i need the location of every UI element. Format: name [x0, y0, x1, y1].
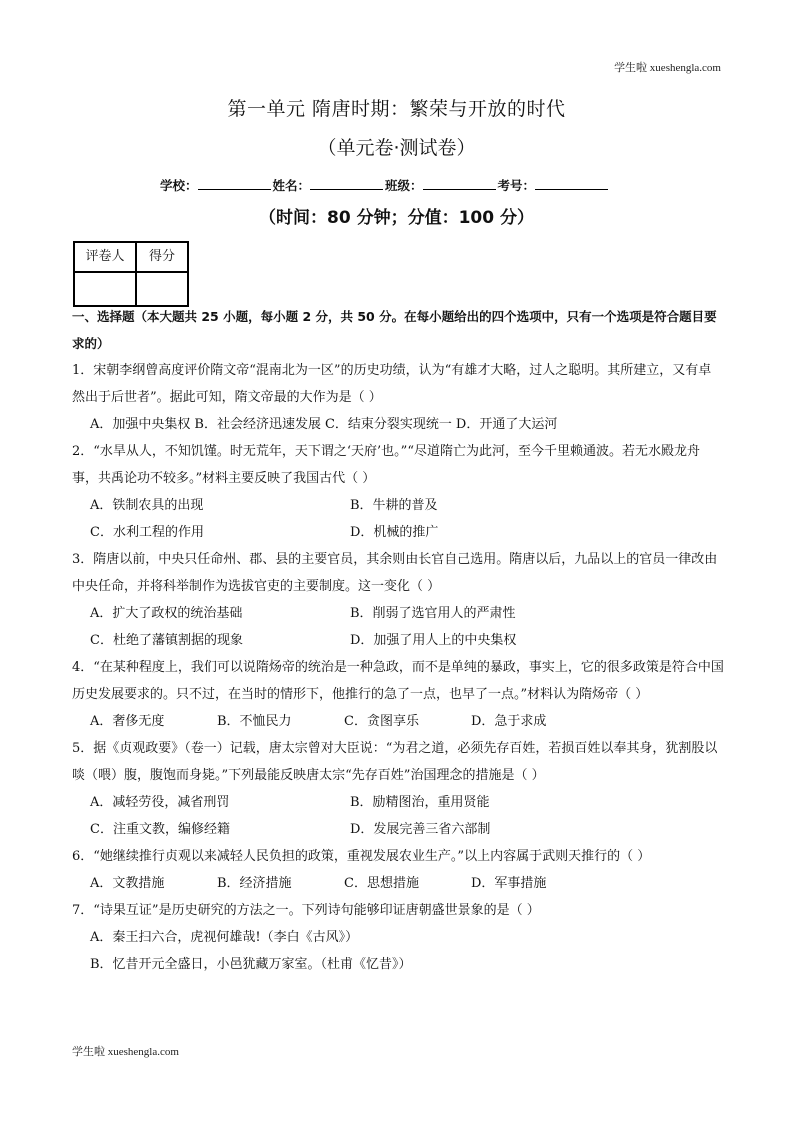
option-d[interactable]: D．急于求成 — [471, 708, 598, 735]
option-d[interactable]: D．机械的推广 — [350, 519, 610, 546]
option-b[interactable]: B．励精图治，重用贤能 — [350, 789, 610, 816]
option-a[interactable]: A．减轻劳役，减省刑罚 — [90, 789, 350, 816]
option-d[interactable]: D．加强了用人上的中央集权 — [350, 627, 610, 654]
score-cell[interactable] — [136, 272, 188, 306]
option-a[interactable]: A．秦王扫六合，虎视何雄哉!（李白《古风》） — [90, 924, 724, 951]
question-stem: 7．“诗果互证”是历史研究的方法之一。下列诗句能够印证唐朝盛世景象的是（ ） — [72, 897, 724, 924]
question-5: 5．据《贞观政要》（卷一）记载，唐太宗曾对大臣说：“为君之道，必须先存百姓，若损… — [72, 735, 724, 843]
option-c[interactable]: C．结束分裂实现统一 — [325, 411, 452, 438]
option-a[interactable]: A．扩大了政权的统治基础 — [90, 600, 350, 627]
option-c[interactable]: C．注重文教，编修经籍 — [90, 816, 350, 843]
option-b[interactable]: B．忆昔开元全盛日，小邑犹藏万家室。（杜甫《忆昔》） — [90, 951, 724, 978]
question-2: 2．“水旱从人，不知饥馑。时无荒年，天下谓之‘天府’也。”“尽道隋亡为此河，至今… — [72, 438, 724, 546]
class-label: 班级： — [385, 178, 423, 193]
option-c[interactable]: C．思想措施 — [344, 870, 471, 897]
options: A．扩大了政权的统治基础 B．削弱了选官用人的严肃性 C．杜绝了藩镇割据的现象 … — [72, 600, 724, 654]
option-a[interactable]: A．铁制农具的出现 — [90, 492, 350, 519]
grader-header: 评卷人 — [74, 242, 136, 272]
option-b[interactable]: B．社会经济迅速发展 — [194, 411, 321, 438]
exam-no-blank[interactable] — [535, 177, 608, 190]
question-stem: 5．据《贞观政要》（卷一）记载，唐太宗曾对大臣说：“为君之道，必须先存百姓，若损… — [72, 735, 724, 789]
question-stem: 1．宋朝李纲曾高度评价隋文帝“混南北为一区”的历史功绩，认为“有雄才大略，过人之… — [72, 357, 724, 411]
option-b[interactable]: B．不恤民力 — [217, 708, 344, 735]
score-header: 得分 — [136, 242, 188, 272]
option-a[interactable]: A．文教措施 — [90, 870, 217, 897]
name-blank[interactable] — [310, 177, 383, 190]
question-6: 6．“她继续推行贞观以来减轻人民负担的政策，重视发展农业生产。”以上内容属于武则… — [72, 843, 724, 897]
question-stem: 6．“她继续推行贞观以来减轻人民负担的政策，重视发展农业生产。”以上内容属于武则… — [72, 843, 724, 870]
option-b[interactable]: B．经济措施 — [217, 870, 344, 897]
name-label: 姓名： — [273, 178, 311, 193]
grader-cell[interactable] — [74, 272, 136, 306]
page-subtitle: （单元卷·测试卷） — [0, 133, 793, 160]
option-b[interactable]: B．牛耕的普及 — [350, 492, 610, 519]
options: A．文教措施 B．经济措施 C．思想措施 D．军事措施 — [72, 870, 724, 897]
question-stem: 2．“水旱从人，不知饥馑。时无荒年，天下谓之‘天府’也。”“尽道隋亡为此河，至今… — [72, 438, 724, 492]
options: A．铁制农具的出现 B．牛耕的普及 C．水利工程的作用 D．机械的推广 — [72, 492, 724, 546]
page-title: 第一单元 隋唐时期：繁荣与开放的时代 — [0, 94, 793, 121]
option-c[interactable]: C．贪图享乐 — [344, 708, 471, 735]
grade-table: 评卷人 得分 — [73, 241, 189, 307]
question-3: 3．隋唐以前，中央只任命州、郡、县的主要官员，其余则由长官自己选用。隋唐以后，九… — [72, 546, 724, 654]
question-4: 4．“在某种程度上，我们可以说隋炀帝的统治是一种急政，而不是单纯的暴政，事实上，… — [72, 654, 724, 735]
question-1: 1．宋朝李纲曾高度评价隋文帝“混南北为一区”的历史功绩，认为“有雄才大略，过人之… — [72, 357, 724, 438]
school-label: 学校： — [160, 178, 198, 193]
exam-no-label: 考号： — [498, 178, 536, 193]
student-info-row: 学校：姓名：班级：考号： — [160, 176, 640, 194]
exam-content: 一、选择题（本大题共 25 小题，每小题 2 分，共 50 分。在每小题给出的四… — [72, 303, 724, 978]
school-blank[interactable] — [198, 177, 271, 190]
header-site-label: 学生啦 xueshengla.com — [614, 59, 721, 75]
question-7: 7．“诗果互证”是历史研究的方法之一。下列诗句能够印证唐朝盛世景象的是（ ） A… — [72, 897, 724, 978]
section-heading: 一、选择题（本大题共 25 小题，每小题 2 分，共 50 分。在每小题给出的四… — [72, 303, 724, 357]
time-score-line: （时间：80 分钟；分值：100 分） — [0, 203, 793, 228]
option-c[interactable]: C．杜绝了藩镇割据的现象 — [90, 627, 350, 654]
option-c[interactable]: C．水利工程的作用 — [90, 519, 350, 546]
option-a[interactable]: A．奢侈无度 — [90, 708, 217, 735]
option-a[interactable]: A．加强中央集权 — [90, 411, 190, 438]
options: A．加强中央集权 B．社会经济迅速发展 C．结束分裂实现统一 D．开通了大运河 — [72, 411, 724, 438]
option-d[interactable]: D．军事措施 — [471, 870, 598, 897]
option-d[interactable]: D．发展完善三省六部制 — [350, 816, 610, 843]
question-stem: 3．隋唐以前，中央只任命州、郡、县的主要官员，其余则由长官自己选用。隋唐以后，九… — [72, 546, 724, 600]
class-blank[interactable] — [423, 177, 496, 190]
options: A．奢侈无度 B．不恤民力 C．贪图享乐 D．急于求成 — [72, 708, 724, 735]
options: A．减轻劳役，减省刑罚 B．励精图治，重用贤能 C．注重文教，编修经籍 D．发展… — [72, 789, 724, 843]
question-stem: 4．“在某种程度上，我们可以说隋炀帝的统治是一种急政，而不是单纯的暴政，事实上，… — [72, 654, 724, 708]
footer-site-label: 学生啦 xueshengla.com — [72, 1043, 179, 1059]
option-b[interactable]: B．削弱了选官用人的严肃性 — [350, 600, 610, 627]
option-d[interactable]: D．开通了大运河 — [456, 411, 557, 438]
options: A．秦王扫六合，虎视何雄哉!（李白《古风》） B．忆昔开元全盛日，小邑犹藏万家室… — [72, 924, 724, 978]
